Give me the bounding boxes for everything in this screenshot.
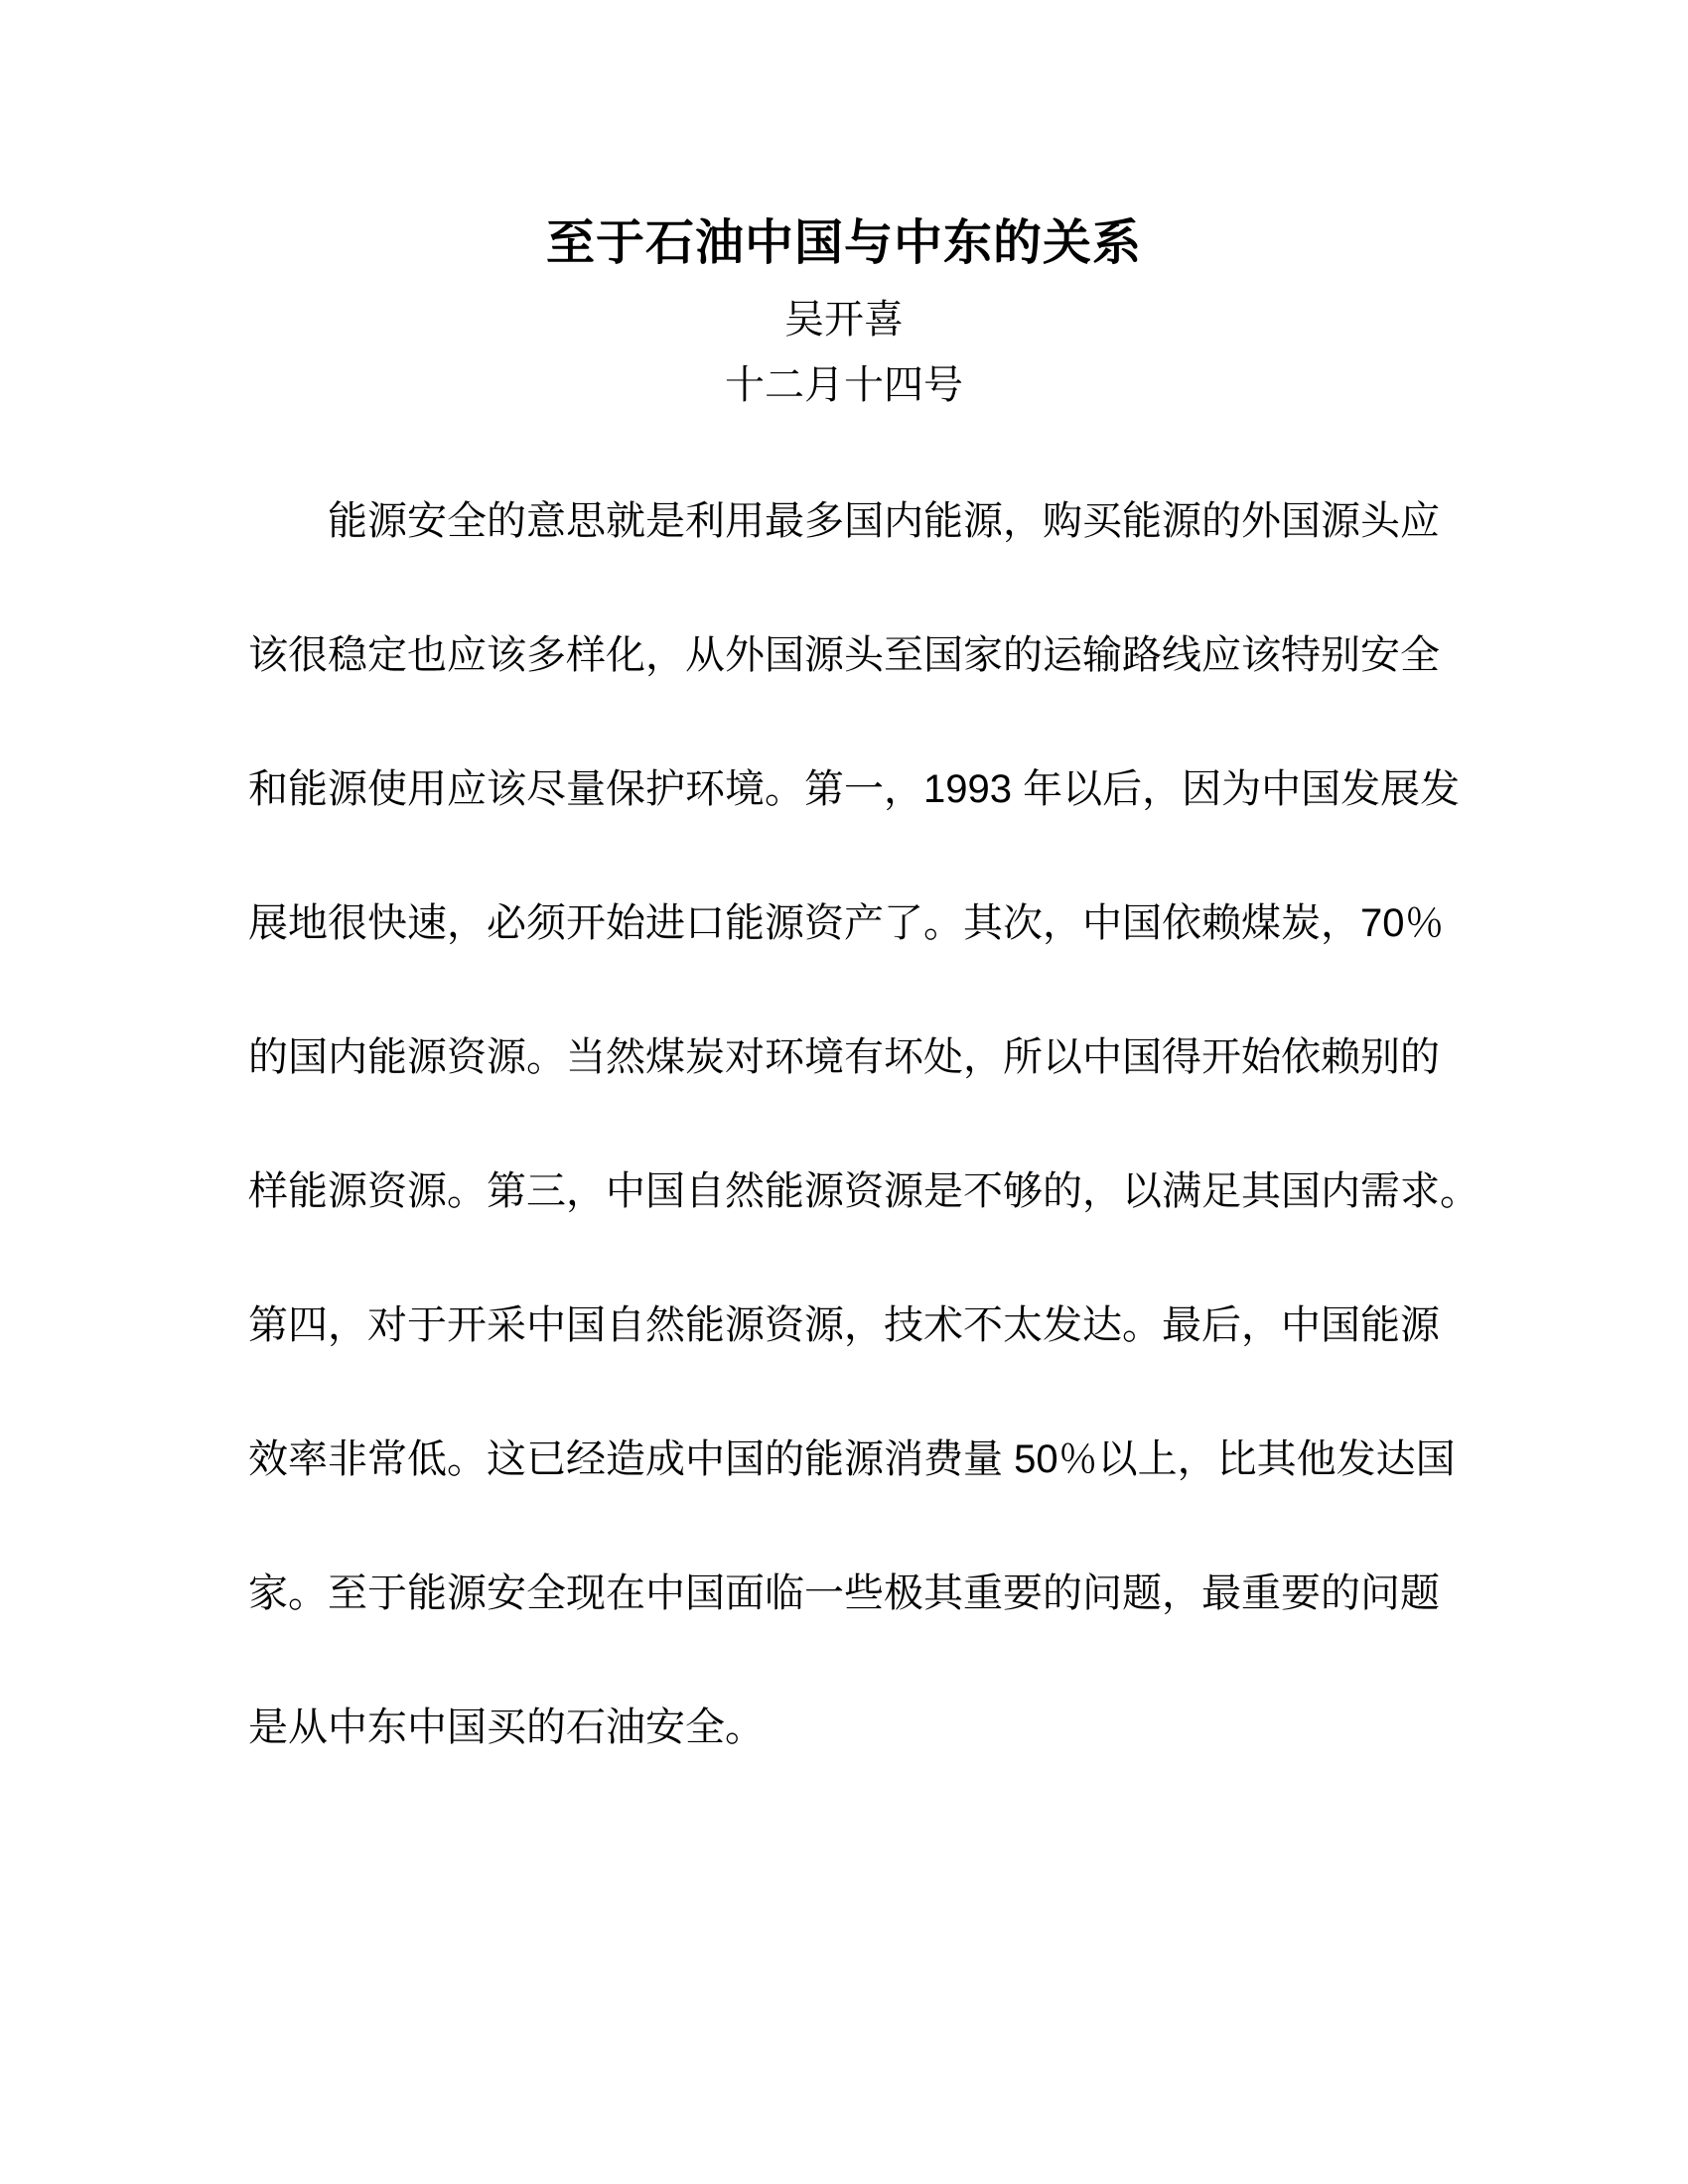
body-line: 的国内能源资源。当然煤炭对环境有坏处，所以中国得开始依赖别的 — [248, 991, 1450, 1125]
body-line: 家。至于能源安全现在中国面临一些极其重要的问题，最重要的问题 — [248, 1527, 1450, 1661]
body-line: 和能源使用应该尽量保护环境。第一，1993 年以后，因为中国发展发 — [248, 723, 1450, 857]
document-title: 至于石油中国与中东的关系 — [0, 203, 1688, 284]
body-line: 效率非常低。这已经造成中国的能源消费量 50％以上，比其他发达国 — [248, 1393, 1450, 1527]
body-line: 能源安全的意思就是利用最多国内能源，购买能源的外国源头应 — [248, 455, 1450, 589]
body-line: 是从中东中国买的石油安全。 — [248, 1661, 1450, 1795]
body-line: 第四，对于开采中国自然能源资源，技术不太发达。最后，中国能源 — [248, 1259, 1450, 1393]
document-header: 至于石油中国与中东的关系 吴开喜 十二月十四号 — [0, 0, 1688, 418]
body-line: 样能源资源。第三，中国自然能源资源是不够的，以满足其国内需求。 — [248, 1125, 1450, 1259]
body-line: 该很稳定也应该多样化，从外国源头至国家的运输路线应该特别安全 — [248, 589, 1450, 723]
document-page: 至于石油中国与中东的关系 吴开喜 十二月十四号 能源安全的意思就是利用最多国内能… — [0, 0, 1688, 2184]
body-line: 展地很快速，必须开始进口能源资产了。其次，中国依赖煤炭，70％ — [248, 857, 1450, 991]
document-body: 能源安全的意思就是利用最多国内能源，购买能源的外国源头应 该很稳定也应该多样化，… — [0, 455, 1688, 1795]
document-author: 吴开喜 — [0, 287, 1688, 352]
document-date: 十二月十四号 — [0, 352, 1688, 418]
